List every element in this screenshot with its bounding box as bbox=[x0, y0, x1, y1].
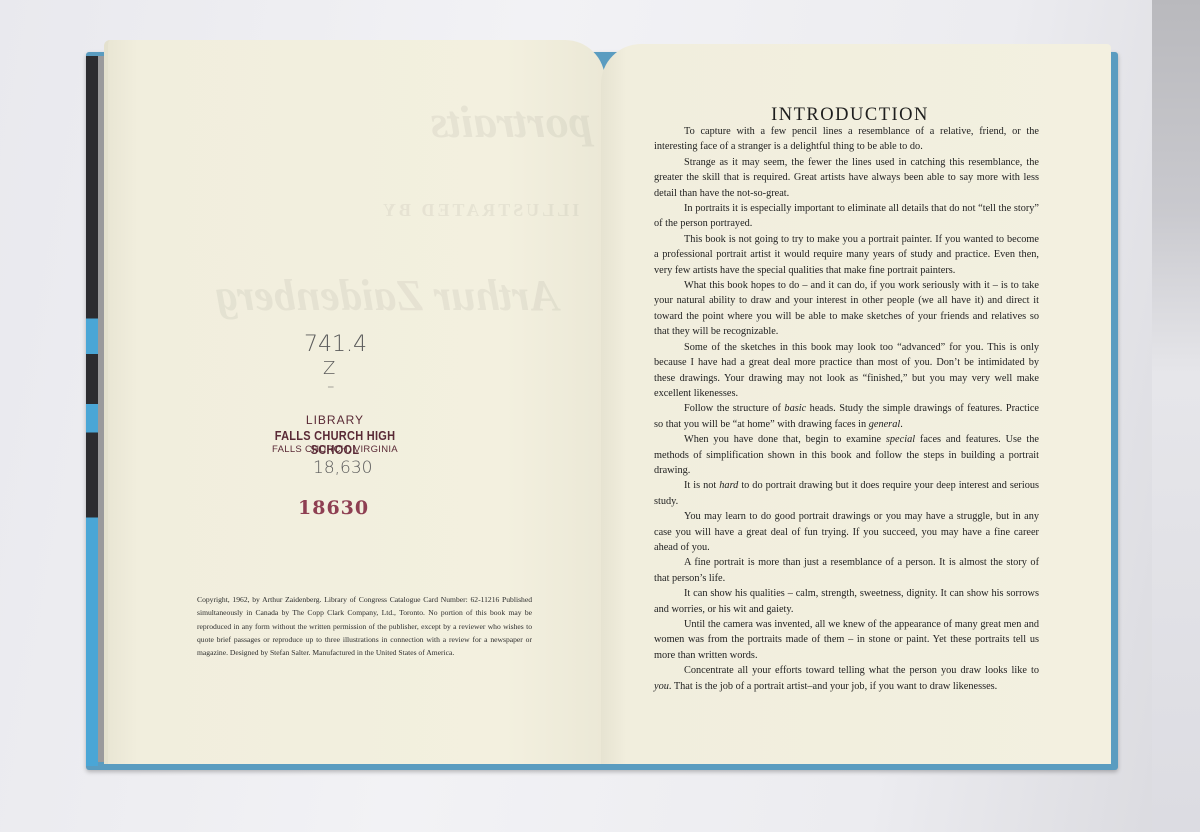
paragraph: In portraits it is especially important … bbox=[654, 201, 1039, 232]
library-stamp-label: LIBRARY bbox=[250, 413, 420, 427]
paragraph: Strange as it may seem, the fewer the li… bbox=[654, 155, 1039, 201]
emphasis: special bbox=[886, 434, 915, 445]
emphasis: general bbox=[869, 419, 900, 430]
paragraph: To capture with a few pencil lines a res… bbox=[654, 124, 1039, 155]
show-through-illustrated-by: ILLUSTRATED BY bbox=[380, 200, 579, 221]
emphasis: you bbox=[654, 681, 669, 692]
paragraph: What this book hopes to do – and it can … bbox=[654, 278, 1039, 340]
emphasis: basic bbox=[784, 403, 806, 414]
paragraph: Until the camera was invented, all we kn… bbox=[654, 617, 1039, 663]
paragraph: When you have done that, begin to examin… bbox=[654, 432, 1039, 478]
paragraph: Follow the structure of basic heads. Stu… bbox=[654, 401, 1039, 432]
page-title: INTRODUCTION bbox=[600, 105, 1100, 126]
accession-number-stamp: 18630 bbox=[298, 497, 369, 519]
paragraph: This book is not going to try to make yo… bbox=[654, 232, 1039, 278]
dust-jacket-spine-edge bbox=[86, 56, 98, 766]
show-through-title: portraits bbox=[430, 95, 591, 148]
paragraph: Concentrate all your efforts toward tell… bbox=[654, 663, 1039, 694]
introduction-text: To capture with a few pencil lines a res… bbox=[654, 124, 1039, 694]
call-number-mark: = bbox=[327, 383, 335, 393]
show-through-author: Arthur Zaidenberg bbox=[215, 270, 559, 321]
call-number-handwritten: 741.4 bbox=[304, 332, 367, 357]
paragraph: A fine portrait is more than just a rese… bbox=[654, 555, 1039, 586]
copyright-notice: Copyright, 1962, by Arthur Zaidenberg. L… bbox=[197, 593, 532, 659]
emphasis: hard bbox=[719, 480, 738, 491]
paragraph: It can show his qualities – calm, streng… bbox=[654, 586, 1039, 617]
tissue-paper-background bbox=[1152, 0, 1200, 832]
paragraph: You may learn to do good portrait drawin… bbox=[654, 509, 1039, 555]
paragraph: Some of the sketches in this book may lo… bbox=[654, 340, 1039, 402]
accession-number-handwritten: 18,630 bbox=[313, 458, 372, 478]
paragraph: It is not hard to do portrait drawing bu… bbox=[654, 478, 1039, 509]
call-number-author-letter: Z bbox=[323, 358, 335, 379]
library-stamp-location: FALLS CHURCH, VIRGINIA bbox=[250, 444, 420, 455]
